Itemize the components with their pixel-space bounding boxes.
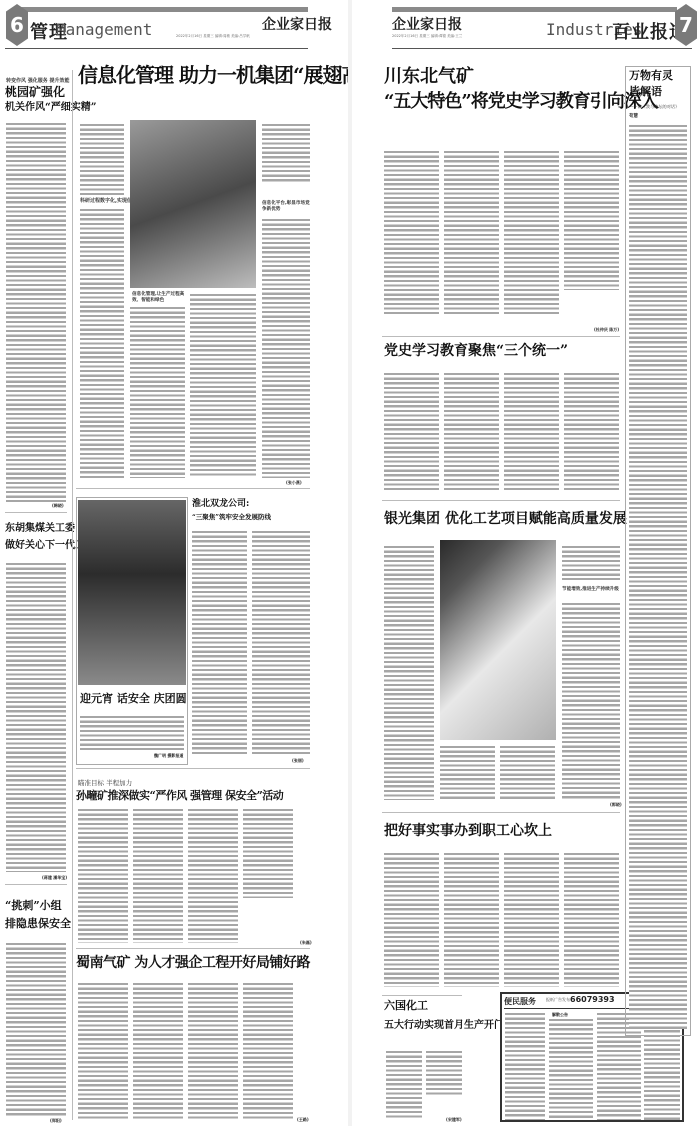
article-body bbox=[504, 852, 559, 987]
article-byline: (郭晓) bbox=[610, 802, 622, 808]
industrial-structure-photo bbox=[440, 540, 556, 740]
article-headline[interactable]: 淮北双龙公司: bbox=[192, 500, 249, 510]
article-body bbox=[564, 372, 619, 490]
article-deck: “三聚焦”筑牢安全发展防线 bbox=[192, 514, 271, 521]
page-header-left: 6 管理 Management 企业家日报 2022年2月16日 星期三 编辑:… bbox=[0, 0, 349, 52]
article-headline[interactable]: 川东北气矿 bbox=[384, 67, 474, 87]
divider bbox=[382, 336, 620, 337]
ad-rule bbox=[504, 1008, 640, 1009]
article-body bbox=[6, 122, 66, 502]
article-body bbox=[243, 982, 293, 1120]
article-byline: (朱磊) bbox=[300, 940, 312, 946]
article-body bbox=[384, 545, 434, 800]
article-body bbox=[133, 808, 183, 943]
article-byline: (蒋建 潘华宝) bbox=[42, 875, 67, 881]
photo-credit: 魏广明 摄影报道 bbox=[154, 753, 183, 759]
article-byline: (张丽) bbox=[292, 758, 304, 764]
ad-phone[interactable]: 66079393 bbox=[570, 995, 615, 1004]
article-body bbox=[78, 982, 128, 1120]
article-body bbox=[384, 150, 439, 315]
article-body bbox=[80, 208, 124, 478]
ad-title: 便民服务 bbox=[504, 996, 536, 1007]
article-body bbox=[80, 123, 124, 195]
article-headline[interactable]: 银光集团 优化工艺项目赋能高质量发展 bbox=[384, 512, 627, 527]
page-header-right: 企业家日报 2022年2月16日 星期三 编辑:谭德 美编:王兰 Industr… bbox=[350, 0, 699, 52]
dateline: 2022年2月16日 星期三 编辑:谭德 美编:王兰 bbox=[392, 34, 462, 39]
page-number-badge: 6 bbox=[6, 4, 28, 46]
ad-column bbox=[549, 1018, 593, 1120]
article-body bbox=[504, 150, 559, 315]
article-headline[interactable]: 排隐患保安全 bbox=[5, 918, 71, 930]
article-body bbox=[130, 306, 185, 478]
ad-column bbox=[505, 1012, 545, 1120]
ad-subtitle: 报纸广告发布 bbox=[546, 997, 570, 1003]
divider bbox=[382, 500, 620, 501]
divider bbox=[5, 884, 67, 885]
article-headline[interactable]: 桃园矿强化 bbox=[5, 86, 65, 99]
article-subhead: 信息化管理,让生产过程高效、智能和绿色 bbox=[132, 291, 192, 303]
article-body bbox=[384, 372, 439, 490]
sidebar-title[interactable]: 万物有灵 bbox=[629, 70, 673, 82]
divider bbox=[76, 488, 310, 489]
article-headline[interactable]: 党史学习教育聚焦“三个统一” bbox=[384, 344, 568, 359]
article-headline[interactable]: 蜀南气矿 为人才强企工程开好局铺好路 bbox=[76, 956, 310, 971]
article-body bbox=[500, 745, 555, 800]
article-body bbox=[78, 808, 128, 943]
sidebar-body bbox=[629, 124, 687, 1029]
article-headline[interactable]: 机关作风“严细实精” bbox=[5, 102, 97, 113]
festival-photo bbox=[78, 500, 186, 685]
article-body bbox=[262, 123, 310, 183]
main-headline[interactable]: 信息化管理 助力一机集团“展翅高飞” bbox=[78, 64, 349, 86]
article-body bbox=[426, 1050, 462, 1095]
article-headline[interactable]: 六国化工 bbox=[384, 1000, 428, 1012]
masthead: 企业家日报 bbox=[262, 14, 332, 34]
header-rule bbox=[5, 48, 308, 49]
article-body bbox=[444, 852, 499, 987]
divider bbox=[76, 768, 310, 769]
control-room-photo bbox=[130, 120, 256, 288]
article-headline[interactable]: 把好事实事办到职工心坎上 bbox=[384, 824, 552, 839]
header-band bbox=[392, 7, 677, 12]
divider bbox=[382, 995, 462, 996]
left-page: 6 管理 Management 企业家日报 2022年2月16日 星期三 编辑:… bbox=[0, 0, 349, 1126]
article-body bbox=[504, 372, 559, 490]
article-body bbox=[440, 745, 495, 800]
article-headline[interactable]: “挑刺”小组 bbox=[5, 900, 62, 912]
article-body bbox=[133, 982, 183, 1120]
article-body bbox=[188, 982, 238, 1120]
header-rule bbox=[392, 48, 692, 49]
sidebar-subtitle: ——读《我与地坛的对话》 bbox=[629, 104, 679, 110]
sidebar-title[interactable]: 皆解语 bbox=[629, 86, 662, 98]
article-body bbox=[562, 545, 620, 580]
article-body bbox=[188, 808, 238, 943]
column-rule bbox=[72, 70, 73, 1120]
article-body bbox=[6, 942, 66, 1117]
page-number-badge: 7 bbox=[675, 4, 697, 46]
article-byline: (张小燕) bbox=[286, 480, 302, 486]
article-body bbox=[564, 150, 619, 290]
photo-news-headline[interactable]: 迎元宵 话安全 庆团圆 bbox=[80, 693, 187, 705]
article-body bbox=[190, 293, 256, 478]
sidebar-author: 苟慧 bbox=[629, 113, 638, 119]
photo-caption bbox=[80, 715, 184, 750]
article-body bbox=[562, 602, 620, 800]
article-headline[interactable]: 孙疃矿推深做实“严作风 强管理 保安全”活动 bbox=[76, 790, 283, 802]
article-headline[interactable]: 东胡集煤关工委 bbox=[5, 523, 75, 534]
article-body bbox=[444, 150, 499, 315]
section-title-en: Management bbox=[56, 20, 152, 39]
divider bbox=[76, 948, 310, 949]
divider bbox=[382, 812, 620, 813]
article-body bbox=[6, 562, 66, 872]
article-byline: (韩晓) bbox=[52, 503, 64, 509]
article-body bbox=[252, 530, 310, 755]
article-headline[interactable]: “五大特色”将党史学习教育引向深入 bbox=[384, 92, 658, 112]
article-headline[interactable]: 五大行动实现首月生产开门红 bbox=[384, 1020, 514, 1031]
article-subhead: 节能增效,推进生产持续升级 bbox=[562, 586, 620, 592]
right-page: 企业家日报 2022年2月16日 星期三 编辑:谭德 美编:王兰 Industr… bbox=[350, 0, 699, 1126]
article-body bbox=[444, 372, 499, 490]
article-body bbox=[262, 218, 310, 478]
article-byline: (杜仲庆 陈万) bbox=[594, 327, 619, 333]
article-byline: (王路) bbox=[297, 1117, 309, 1123]
header-band bbox=[18, 7, 308, 12]
article-body bbox=[564, 852, 619, 987]
article-body bbox=[386, 1050, 422, 1120]
article-body bbox=[384, 852, 439, 987]
article-body bbox=[192, 530, 247, 755]
article-kicker: 转变作风 强化服务 提升效能 bbox=[6, 77, 69, 84]
masthead: 企业家日报 bbox=[392, 14, 462, 34]
dateline: 2022年2月16日 星期三 编辑:周敏 美编:吕学帆 bbox=[176, 34, 250, 39]
article-byline: (宋建军) bbox=[446, 1117, 462, 1123]
divider bbox=[5, 512, 67, 513]
article-body bbox=[243, 808, 293, 898]
article-subhead: 信息化平台,彰显市场竞争新优势 bbox=[262, 200, 310, 212]
article-kicker: 瞄准目标 半程加力 bbox=[78, 778, 132, 787]
article-byline: (郑阳) bbox=[50, 1118, 62, 1124]
